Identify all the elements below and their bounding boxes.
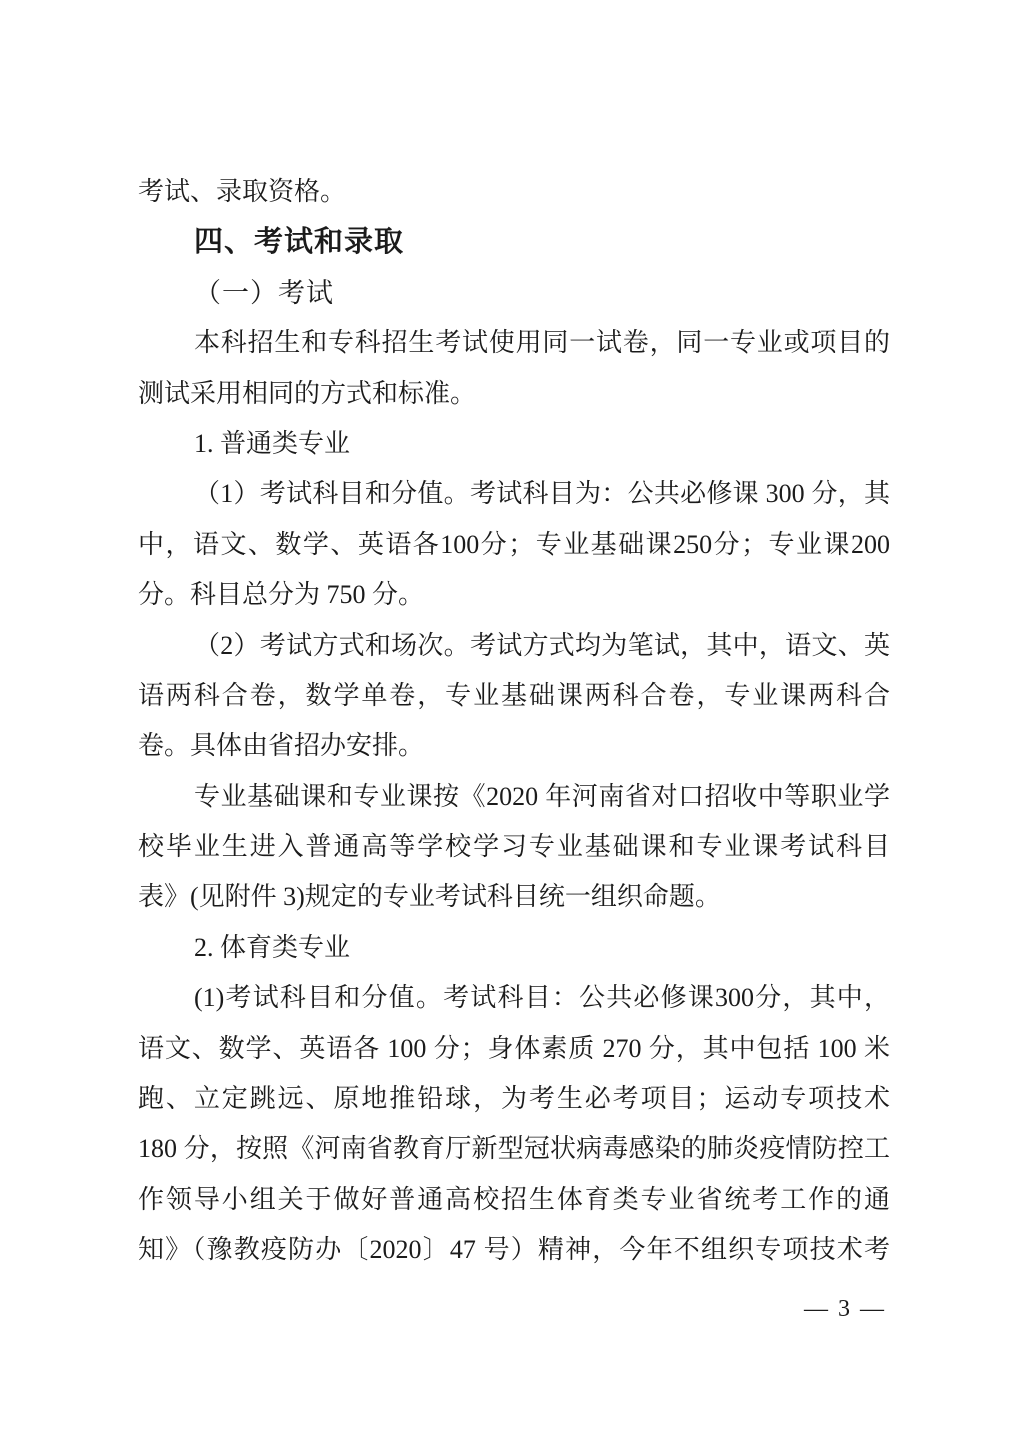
subsection-heading: （一）考试 bbox=[138, 268, 890, 318]
text-line: 表》(见附件 3)规定的专业考试科目统一组织命题。 bbox=[138, 872, 890, 922]
section-heading: 四、考试和录取 bbox=[138, 217, 890, 267]
text-line: 本科招生和专科招生考试使用同一试卷，同一专业或项目的 bbox=[138, 318, 890, 368]
text-line: （1）考试科目和分值。考试科目为：公共必修课 300 分，其 bbox=[138, 469, 890, 519]
page-number: — 3 — bbox=[804, 1294, 886, 1324]
text-line: 测试采用相同的方式和标准。 bbox=[138, 369, 890, 419]
text-line: 卷。具体由省招办安排。 bbox=[138, 721, 890, 771]
document-body: 考试、录取资格。 四、考试和录取 （一）考试 本科招生和专科招生考试使用同一试卷… bbox=[138, 167, 890, 1276]
text-line: 语文、数学、英语各 100 分；身体素质 270 分，其中包括 100 米 bbox=[138, 1024, 890, 1074]
text-line: 知》（豫教疫防办〔2020〕47 号）精神，今年不组织专项技术考 bbox=[138, 1225, 890, 1275]
item-heading: 1. 普通类专业 bbox=[138, 419, 890, 469]
text-line: 跑、立定跳远、原地推铅球，为考生必考项目；运动专项技术 bbox=[138, 1074, 890, 1124]
text-line: （2）考试方式和场次。考试方式均为笔试，其中，语文、英 bbox=[138, 621, 890, 671]
document-page: 考试、录取资格。 四、考试和录取 （一）考试 本科招生和专科招生考试使用同一试卷… bbox=[0, 0, 1024, 1448]
text-line: 语两科合卷，数学单卷，专业基础课两科合卷，专业课两科合 bbox=[138, 671, 890, 721]
item-heading: 2. 体育类专业 bbox=[138, 923, 890, 973]
text-line: (1)考试科目和分值。考试科目：公共必修课300分，其中， bbox=[138, 973, 890, 1023]
text-line: 考试、录取资格。 bbox=[138, 167, 890, 217]
text-line: 专业基础课和专业课按《2020 年河南省对口招收中等职业学 bbox=[138, 772, 890, 822]
text-line: 分。科目总分为 750 分。 bbox=[138, 570, 890, 620]
text-line: 180 分，按照《河南省教育厅新型冠状病毒感染的肺炎疫情防控工 bbox=[138, 1124, 890, 1174]
text-line: 作领导小组关于做好普通高校招生体育类专业省统考工作的通 bbox=[138, 1175, 890, 1225]
text-line: 中，语文、数学、英语各100分；专业基础课250分；专业课200 bbox=[138, 520, 890, 570]
text-line: 校毕业生进入普通高等学校学习专业基础课和专业课考试科目 bbox=[138, 822, 890, 872]
